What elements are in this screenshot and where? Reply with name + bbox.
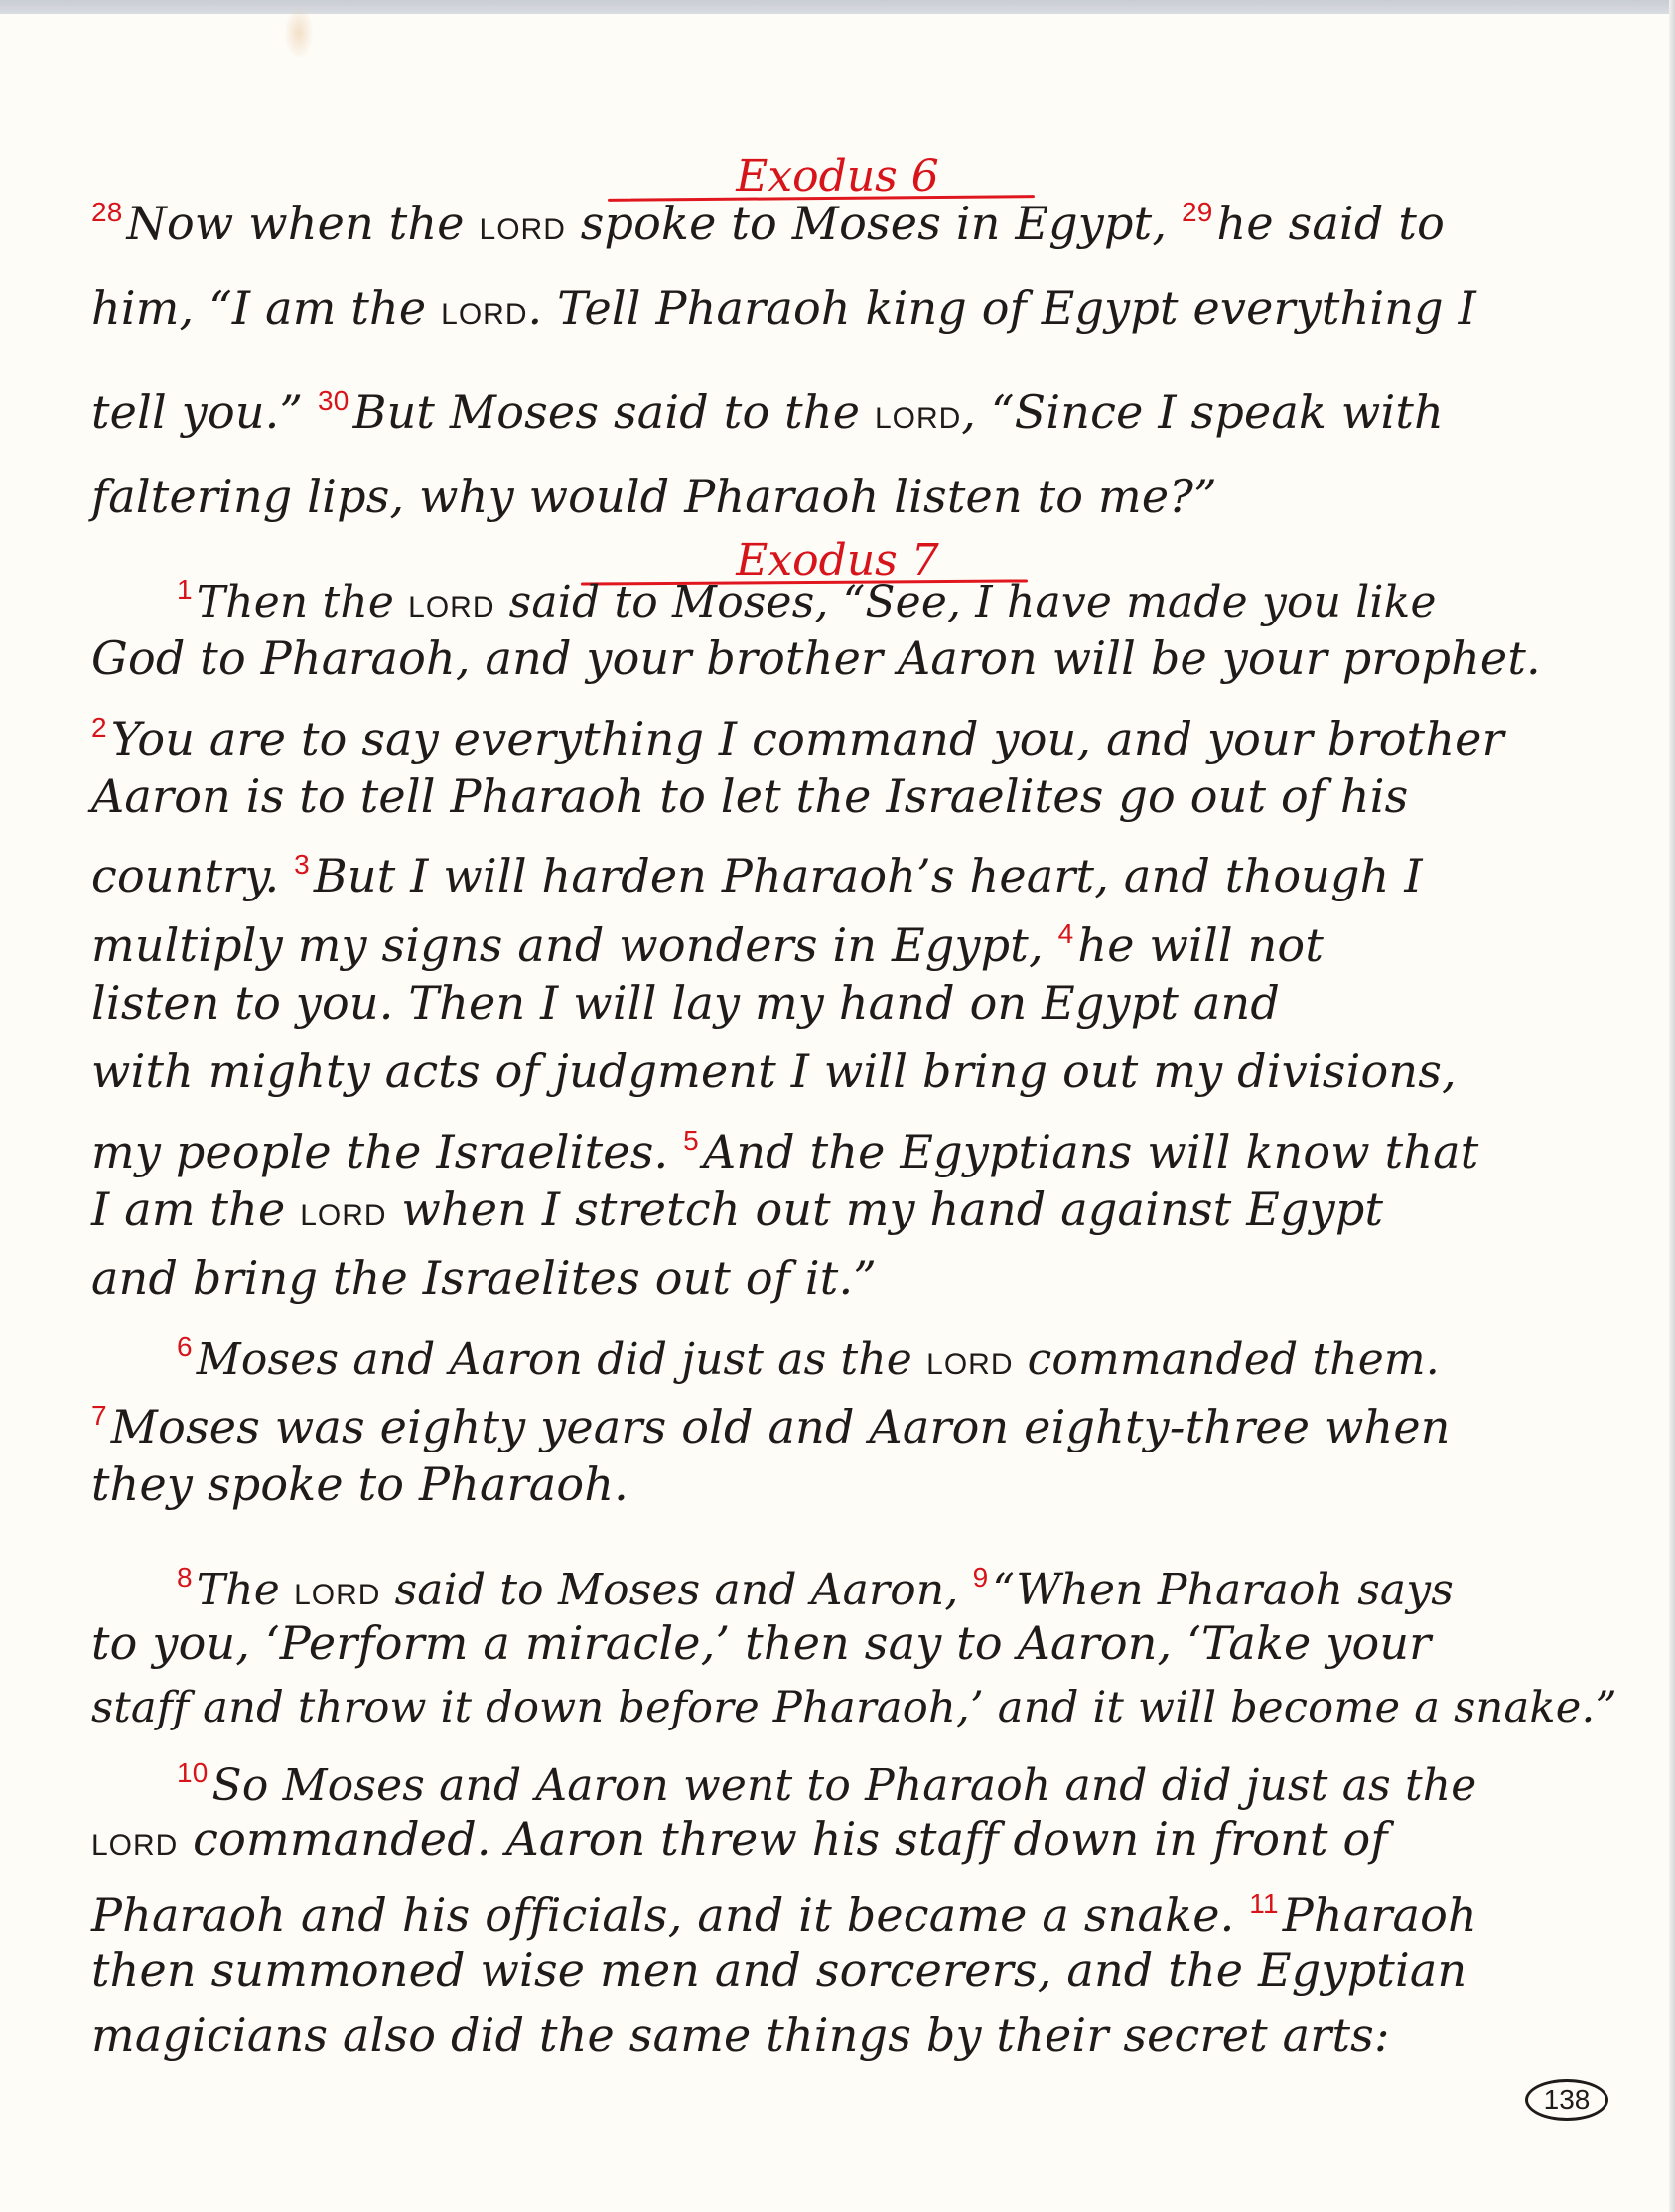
verse-text: , “Since I speak with	[961, 385, 1444, 439]
verse-text: they spoke to Pharaoh.	[91, 1457, 628, 1511]
text-line: multiply my signs and wonders in Egypt, …	[91, 904, 1601, 975]
divine-name-smallcaps: LORD	[875, 402, 961, 435]
verse-text: . Tell Pharaoh king of Egypt everything …	[528, 281, 1476, 335]
verse-text: when I stretch out my hand against Egypt	[387, 1182, 1384, 1236]
text-line: then summoned wise men and sorcerers, an…	[91, 1940, 1601, 2000]
text-line: they spoke to Pharaoh.	[91, 1454, 1601, 1514]
text-line: 2You are to say everything I command you…	[91, 698, 1601, 768]
verse-text: magicians also did the same things by th…	[91, 2008, 1390, 2062]
text-line: God to Pharaoh, and your brother Aaron w…	[91, 628, 1601, 688]
verse-text: Pharaoh and his officials, and it became…	[91, 1888, 1249, 1942]
verse-text: said to Moses, “See, I have made you lik…	[495, 577, 1437, 627]
text-line: magicians also did the same things by th…	[91, 2005, 1601, 2065]
verse-text: Moses was eighty years old and Aaron eig…	[111, 1400, 1451, 1453]
divine-name-smallcaps: LORD	[91, 1829, 178, 1862]
text-line: staff and throw it down before Pharaoh,’…	[91, 1678, 1601, 1737]
divine-name-smallcaps: LORD	[408, 591, 494, 623]
verse-text: tell you.”	[91, 385, 318, 439]
verse-text: and bring the Israelites out of it.”	[91, 1251, 877, 1305]
verse-text: Aaron is to tell Pharaoh to let the Isra…	[91, 769, 1408, 823]
text-line: my people the Israelites. 5And the Egypt…	[91, 1111, 1601, 1181]
verse-number: 5	[683, 1125, 699, 1156]
verse-number: 9	[973, 1562, 989, 1592]
verse-text: him, “I am the	[91, 281, 441, 335]
verse-text: But Moses said to the	[353, 385, 875, 439]
text-line: listen to you. Then I will lay my hand o…	[91, 973, 1601, 1033]
page-number: 138	[1525, 2079, 1608, 2121]
text-line: Aaron is to tell Pharaoh to let the Isra…	[91, 766, 1601, 826]
verse-text: Moses and Aaron did just as the	[197, 1334, 926, 1385]
verse-number: 30	[318, 385, 349, 416]
verse-number: 3	[294, 849, 310, 880]
verse-text: Pharaoh	[1283, 1888, 1477, 1942]
verse-text: Now when the	[127, 197, 480, 250]
verse-text: to you, ‘Perform a miracle,’ then say to…	[91, 1616, 1431, 1670]
verse-text: God to Pharaoh, and your brother Aaron w…	[91, 631, 1541, 685]
verse-text: I am the	[91, 1182, 300, 1236]
verse-number: 6	[177, 1331, 193, 1362]
verse-text: You are to say everything I command you,…	[111, 712, 1504, 765]
verse-text: Then the	[197, 577, 408, 627]
page-number-text: 138	[1544, 2084, 1591, 2115]
verse-text: listen to you. Then I will lay my hand o…	[91, 976, 1280, 1030]
verse-text: And the Egyptians will know that	[703, 1125, 1479, 1178]
verse-text: with mighty acts of judgment I will brin…	[91, 1044, 1457, 1098]
verse-text: he said to	[1217, 197, 1445, 250]
text-line: 6Moses and Aaron did just as the LORD co…	[177, 1317, 1675, 1395]
text-line: to you, ‘Perform a miracle,’ then say to…	[91, 1613, 1601, 1673]
divine-name-smallcaps: LORD	[441, 298, 527, 331]
text-line: Pharaoh and his officials, and it became…	[91, 1874, 1601, 1945]
text-line: I am the LORD when I stretch out my hand…	[91, 1179, 1601, 1246]
text-line: 28Now when the LORD spoke to Moses in Eg…	[91, 183, 1601, 260]
text-line: country. 3But I will harden Pharaoh’s he…	[91, 835, 1601, 905]
verse-number: 1	[177, 574, 193, 605]
text-line: faltering lips, why would Pharaoh listen…	[91, 467, 1601, 526]
verse-text: spoke to Moses in Egypt,	[566, 197, 1182, 250]
verse-number: 28	[91, 197, 123, 227]
verse-text: commanded them.	[1014, 1334, 1440, 1385]
text-line: him, “I am the LORD. Tell Pharaoh king o…	[91, 278, 1601, 345]
verse-number: 11	[1249, 1888, 1278, 1919]
verse-text: “When Pharaoh says	[992, 1565, 1454, 1615]
verse-text: my people the Israelites.	[91, 1125, 683, 1178]
verse-text: staff and throw it down before Pharaoh,’…	[91, 1683, 1617, 1732]
verse-text: faltering lips, why would Pharaoh listen…	[91, 470, 1217, 523]
divine-name-smallcaps: LORD	[294, 1579, 380, 1611]
text-line: 1Then the LORD said to Moses, “See, I ha…	[177, 560, 1675, 637]
text-line: LORD commanded. Aaron threw his staff do…	[91, 1809, 1601, 1875]
verse-number: 2	[91, 712, 107, 743]
text-line: tell you.” 30But Moses said to the LORD,…	[91, 371, 1601, 449]
verse-text: then summoned wise men and sorcerers, an…	[91, 1943, 1466, 1997]
divine-name-smallcaps: LORD	[926, 1348, 1013, 1381]
verse-number: 7	[91, 1400, 107, 1431]
verse-text: commanded. Aaron threw his staff down in…	[178, 1812, 1387, 1866]
handwritten-page: Exodus 6 28Now when the LORD spoke to Mo…	[0, 0, 1675, 2212]
divine-name-smallcaps: LORD	[480, 213, 566, 246]
verse-text: he will not	[1077, 918, 1324, 972]
text-line: 10So Moses and Aaron went to Pharaoh and…	[177, 1743, 1675, 1816]
verse-text: The	[197, 1565, 294, 1615]
verse-text: But I will harden Pharaoh’s heart, and t…	[314, 849, 1423, 902]
verse-text: said to Moses and Aaron,	[380, 1565, 972, 1615]
text-line: and bring the Israelites out of it.”	[91, 1248, 1601, 1308]
verse-text: multiply my signs and wonders in Egypt,	[91, 918, 1058, 972]
verse-number: 10	[177, 1757, 209, 1788]
verse-number: 29	[1182, 197, 1213, 227]
verse-text: So Moses and Aaron went to Pharaoh and d…	[212, 1760, 1477, 1811]
verse-number: 8	[177, 1562, 193, 1592]
divine-name-smallcaps: LORD	[300, 1199, 386, 1232]
verse-text: country.	[91, 849, 294, 902]
verse-number: 4	[1058, 918, 1074, 949]
text-line: with mighty acts of judgment I will brin…	[91, 1041, 1601, 1101]
text-line: 7Moses was eighty years old and Aaron ei…	[91, 1386, 1601, 1456]
